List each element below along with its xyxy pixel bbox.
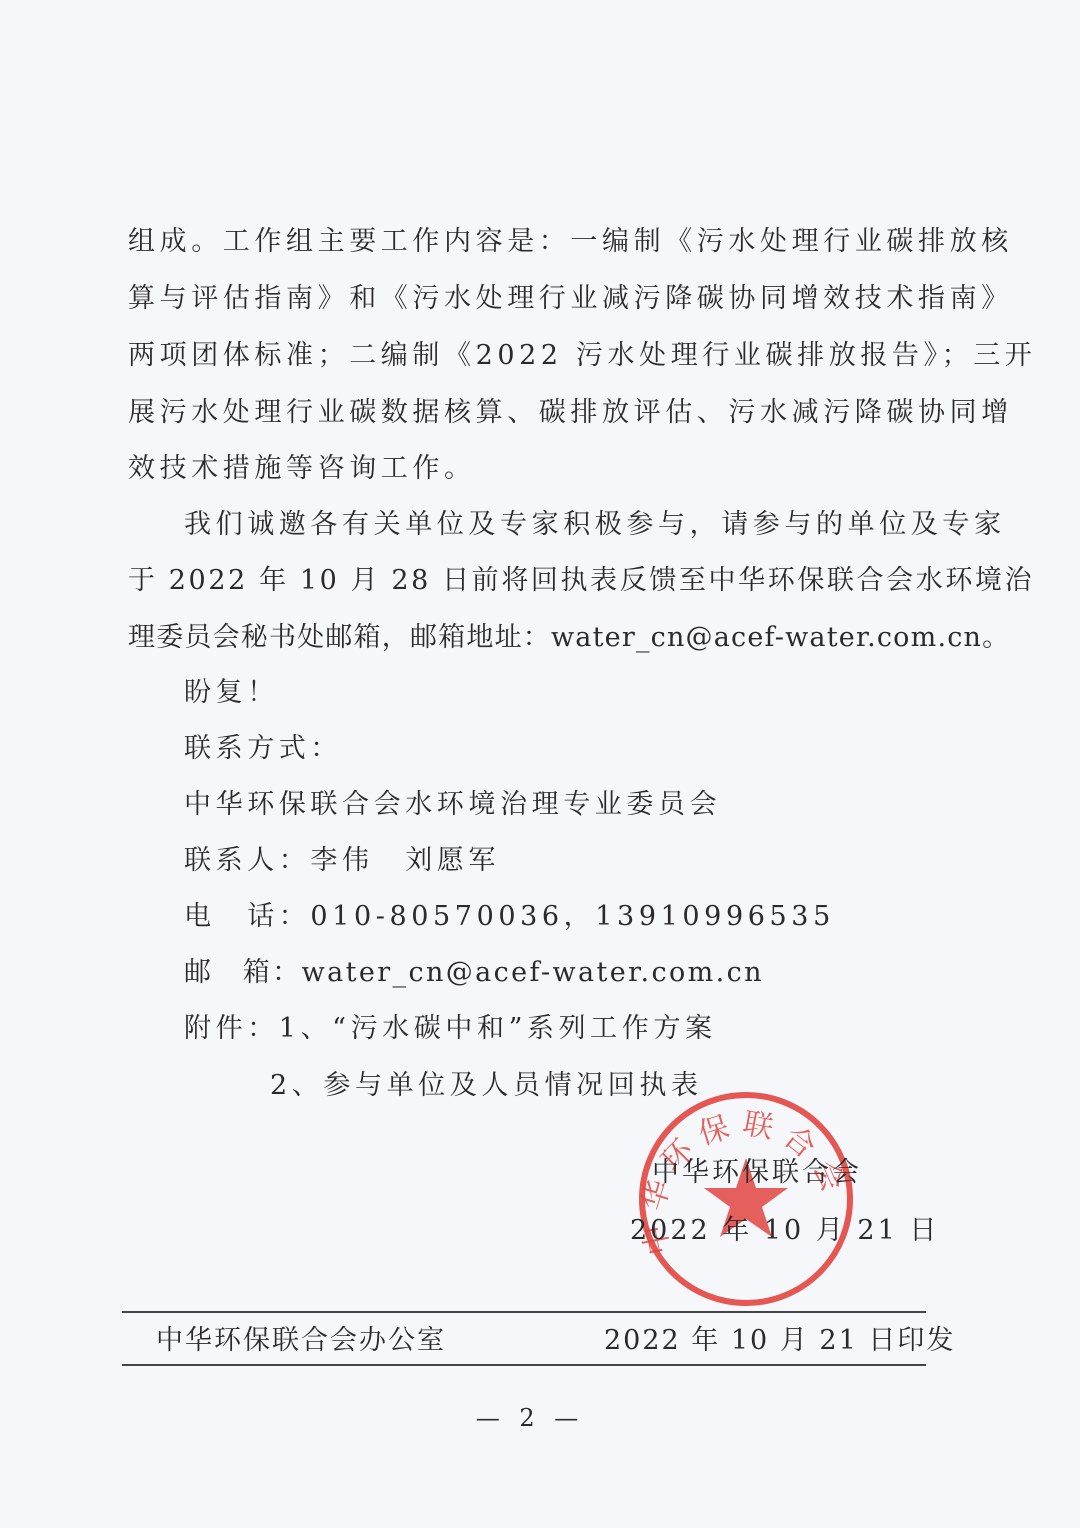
paragraph-line: 我们诚邀各有关单位及专家积极参与，请参与的单位及专家 xyxy=(184,505,1004,545)
signature-organization: 中华环保联合会 xyxy=(652,1150,862,1189)
footer-issuer: 中华环保联合会办公室 xyxy=(156,1318,446,1357)
official-seal-icon: 中华环保联合会 xyxy=(635,1088,857,1310)
footer-bottom-rule xyxy=(122,1364,926,1366)
contact-email: 邮 箱：water_cn@acef-water.com.cn xyxy=(184,953,1004,993)
document-page: 组成。工作组主要工作内容是：一编制《污水处理行业碳排放核 算与评估指南》和《污水… xyxy=(0,0,1080,1528)
contact-organization: 中华环保联合会水环境治理专业委员会 xyxy=(184,785,1004,825)
paragraph-line: 效技术措施等咨询工作。 xyxy=(128,449,948,489)
footer-issue-date: 2022 年 10 月 21 日印发 xyxy=(604,1318,955,1357)
footer-top-rule xyxy=(122,1311,926,1313)
contact-heading: 联系方式： xyxy=(184,729,1004,769)
paragraph-line: 理委员会秘书处邮箱，邮箱地址：water_cn@acef-water.com.c… xyxy=(128,618,948,658)
contact-phone: 电 话：010-80570036，13910996535 xyxy=(184,897,1004,937)
paragraph-line: 两项团体标准；二编制《2022 污水处理行业碳排放报告》；三开 xyxy=(128,336,948,376)
attachment-item-1: 附件：1、“污水碳中和”系列工作方案 xyxy=(184,1009,1004,1049)
paragraph-line: 于 2022 年 10 月 28 日前将回执表反馈至中华环保联合会水环境治 xyxy=(128,561,948,601)
closing-text: 盼复！ xyxy=(184,673,1004,713)
paragraph-line: 算与评估指南》和《污水处理行业减污降碳协同增效技术指南》 xyxy=(128,279,948,319)
paragraph-line: 组成。工作组主要工作内容是：一编制《污水处理行业碳排放核 xyxy=(128,222,948,262)
contact-persons: 联系人：李伟 刘愿军 xyxy=(184,841,1004,881)
page-number: — 2 — xyxy=(0,1404,1060,1432)
signature-date: 2022 年 10 月 21 日 xyxy=(630,1208,939,1247)
paragraph-line: 展污水处理行业碳数据核算、碳排放评估、污水减污降碳协同增 xyxy=(128,393,948,433)
